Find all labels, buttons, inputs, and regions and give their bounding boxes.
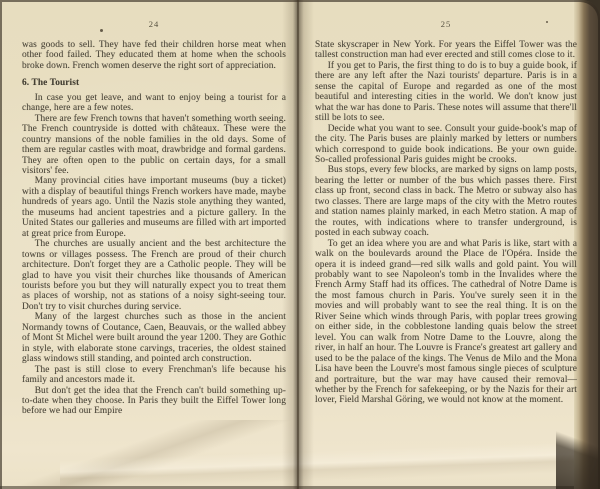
paragraph: To get an idea where you are and what Pa… [315, 239, 577, 406]
paragraph-continuation: State skyscraper in New York. For years … [315, 40, 577, 61]
paragraph: If you get to Paris, the first thing to … [315, 61, 577, 124]
paragraph: Many provincial cities have important mu… [22, 176, 286, 239]
paragraph: In case you get leave, and want to enjoy… [22, 93, 286, 114]
page-24: 24 was goods to sell. They have fed thei… [22, 0, 286, 489]
paragraph: The churches are usually ancient and the… [22, 239, 286, 312]
page-25: 25 State skyscraper in New York. For yea… [315, 0, 577, 489]
paragraph: Bus stops, every few blocks, are marked … [315, 165, 577, 238]
paragraph: But don't get the idea that the French c… [22, 386, 286, 417]
book-edge [574, 0, 600, 489]
section-heading: 6. The Tourist [22, 78, 286, 88]
page-number-right: 25 [315, 19, 577, 29]
page-text-right: State skyscraper in New York. For years … [315, 40, 577, 406]
paragraph: The past is still close to every Frenchm… [22, 365, 286, 386]
page-text-left: was goods to sell. They have fed their c… [22, 40, 286, 417]
paragraph: Decide what you want to see. Consult you… [315, 124, 577, 166]
paragraph: Many of the largest churches such as tho… [22, 312, 286, 364]
page-number-left: 24 [22, 19, 286, 29]
paragraph: There are few French towns that haven't … [22, 114, 286, 177]
paragraph-continuation: was goods to sell. They have fed their c… [22, 40, 286, 71]
book-scan: 24 was goods to sell. They have fed thei… [0, 0, 600, 489]
